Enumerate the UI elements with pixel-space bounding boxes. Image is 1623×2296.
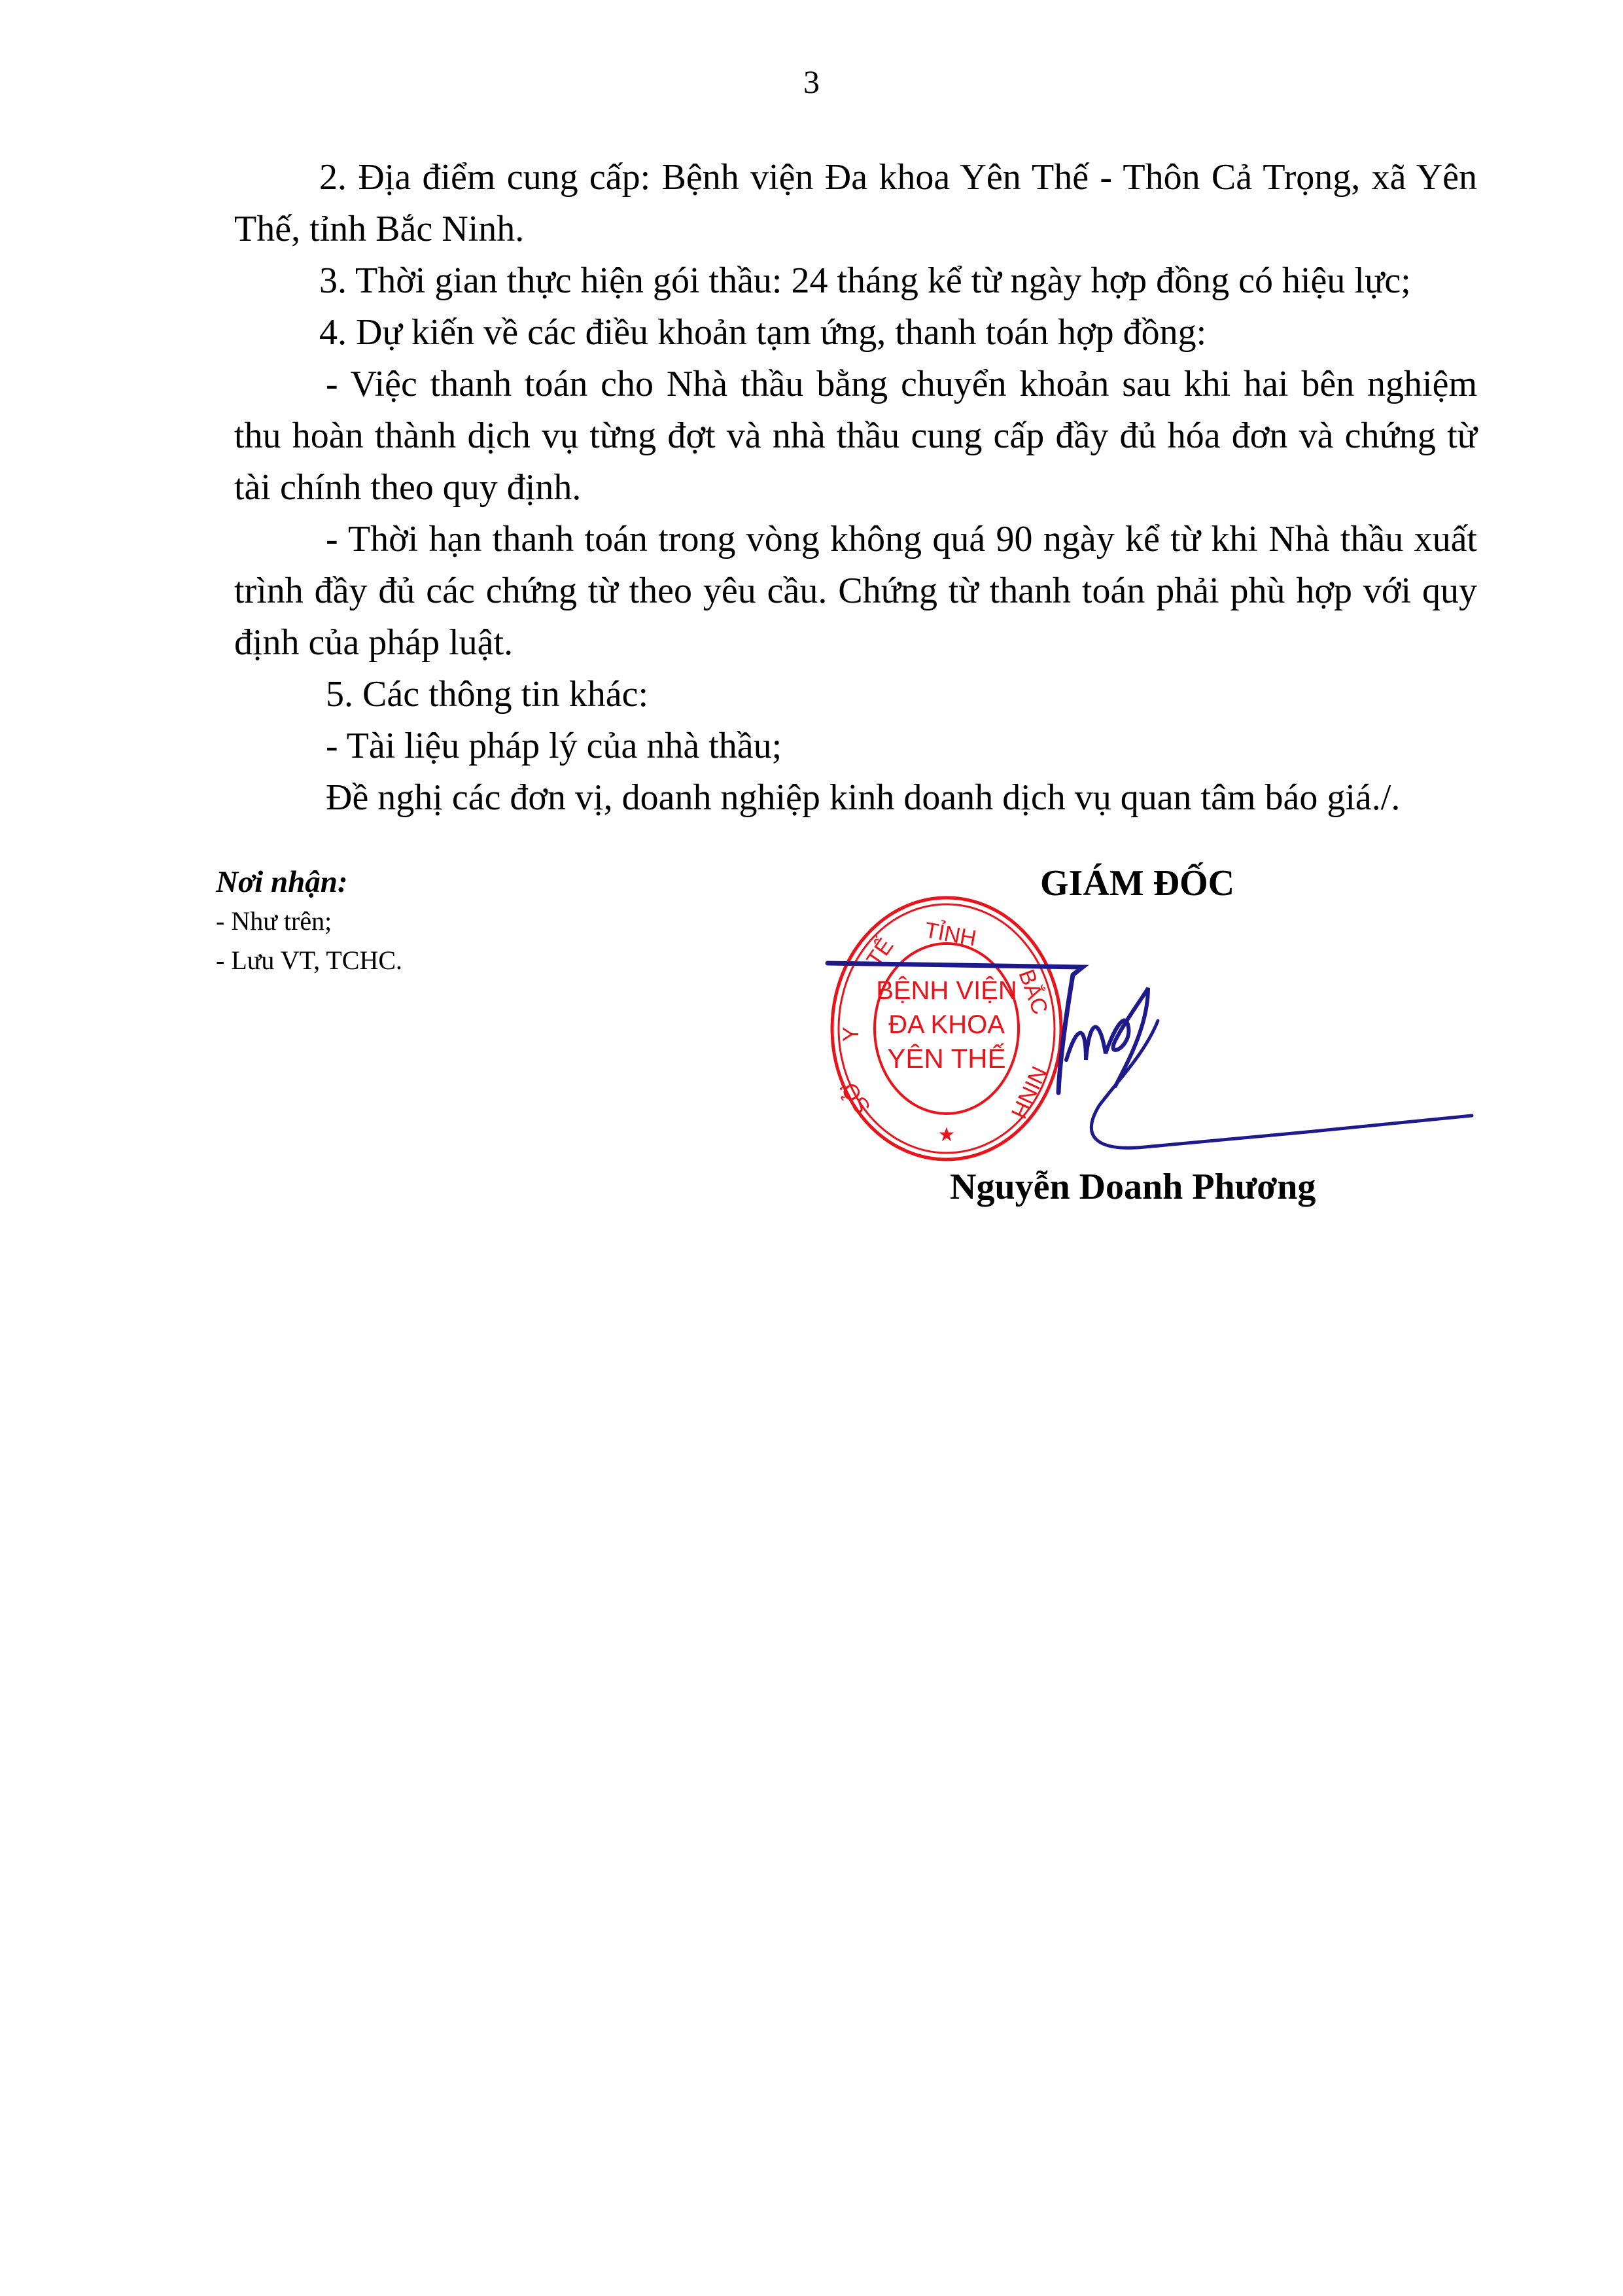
paragraph-execution-time: 3. Thời gian thực hiện gói thầu: 24 thán… — [234, 255, 1477, 307]
paragraph-request-quote: Đề nghị các đơn vị, doanh nghiệp kinh do… — [234, 772, 1477, 824]
recipients-label: Nơi nhận: — [216, 862, 402, 902]
paragraph-delivery-location: 2. Địa điểm cung cấp: Bệnh viện Đa khoa … — [234, 152, 1477, 255]
recipients-block: Nơi nhận: - Như trên; - Lưu VT, TCHC. — [216, 862, 402, 980]
paragraph-payment-terms-heading: 4. Dự kiến về các điều khoản tạm ứng, th… — [234, 307, 1477, 359]
signer-title: GIÁM ĐỐC — [1040, 862, 1234, 904]
recipient-item: - Lưu VT, TCHC. — [216, 941, 402, 980]
paragraph-other-info-heading: 5. Các thông tin khác: — [234, 669, 1477, 720]
document-body: 2. Địa điểm cung cấp: Bệnh viện Đa khoa … — [234, 152, 1477, 824]
paragraph-payment-method: - Việc thanh toán cho Nhà thầu bằng chuy… — [234, 359, 1477, 514]
signer-name: Nguyễn Doanh Phương — [950, 1166, 1316, 1208]
paragraph-legal-documents: - Tài liệu pháp lý của nhà thầu; — [234, 720, 1477, 772]
recipient-item: - Như trên; — [216, 902, 402, 941]
paragraph-payment-deadline: - Thời hạn thanh toán trong vòng không q… — [234, 514, 1477, 669]
page-number: 3 — [0, 63, 1623, 101]
handwritten-signature — [818, 929, 1505, 1152]
